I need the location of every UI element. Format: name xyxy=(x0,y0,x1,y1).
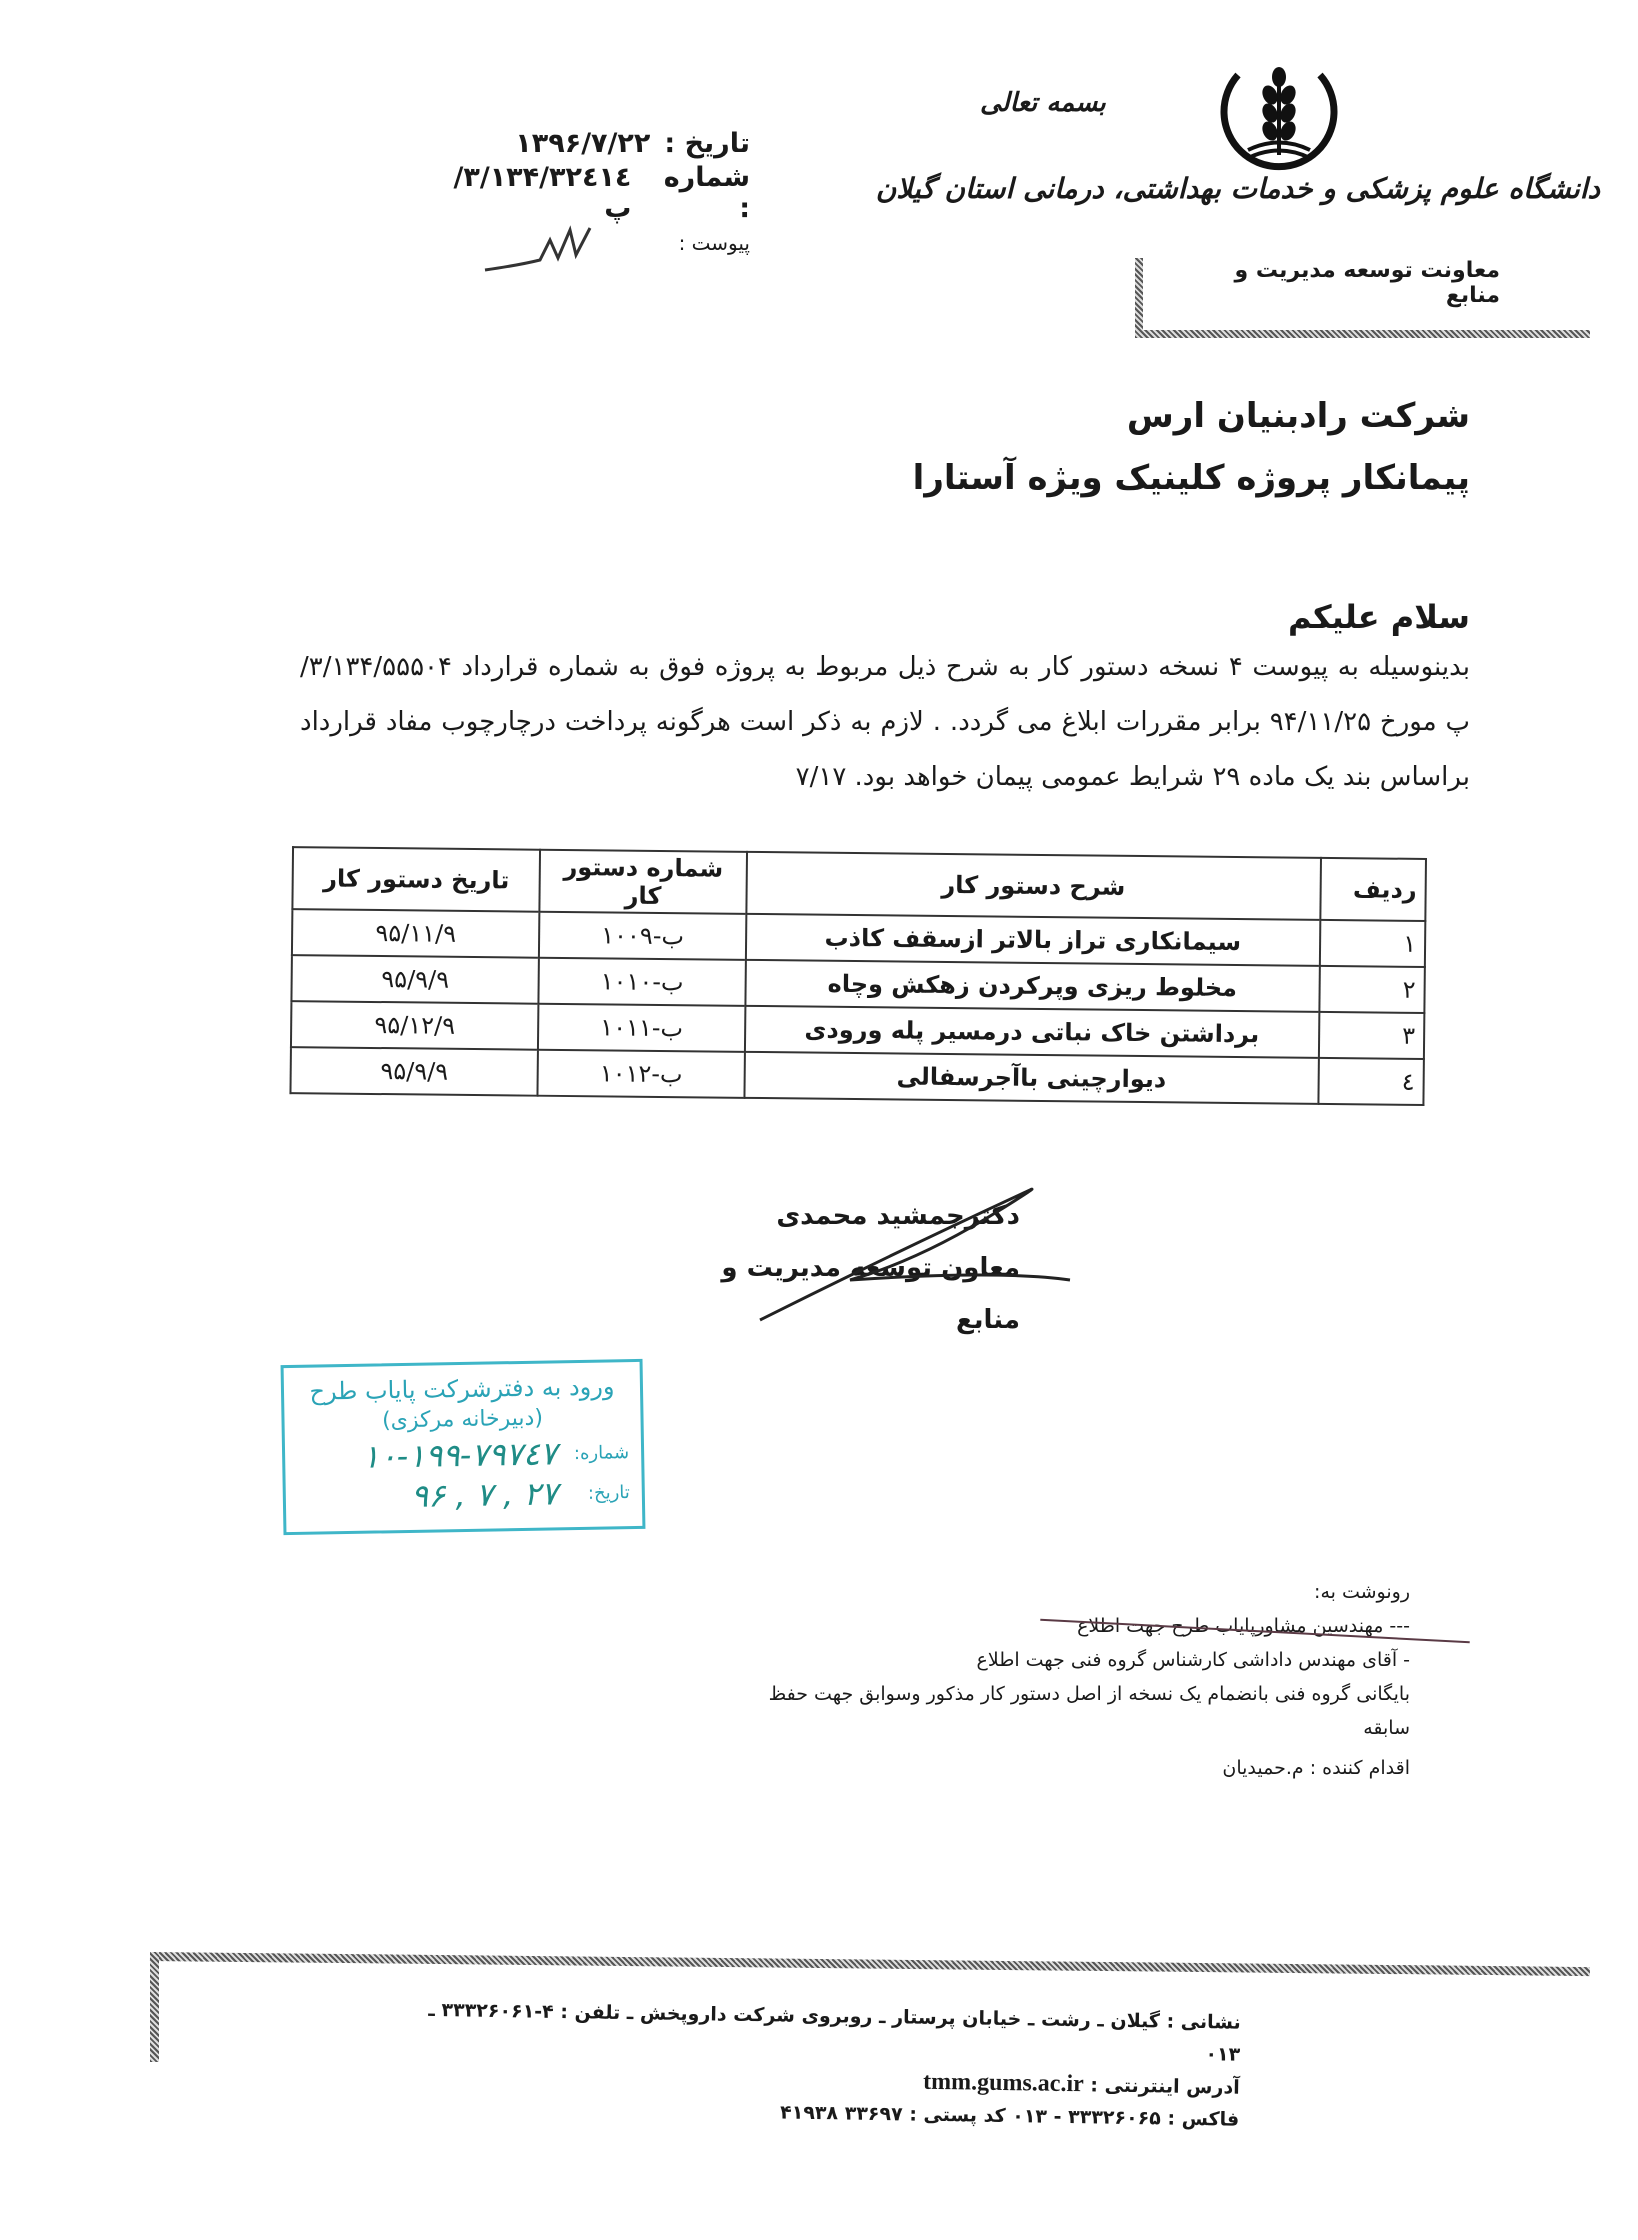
stamp-date-label: تاریخ: xyxy=(574,1482,630,1504)
date-value: ۱۳۹۶/۷/۲۲ xyxy=(515,128,650,159)
number-label: شماره : xyxy=(645,162,750,224)
cell-row-number: ۱ xyxy=(1319,920,1425,967)
addressee-company: شرکت رادبنیان ارس xyxy=(800,385,1470,447)
stamp-title: ورود به دفترشرکت پایاب طرح xyxy=(296,1370,629,1408)
cc-block: رونوشت به: --- مهندسین مشاورپایاب طرح جه… xyxy=(730,1575,1410,1785)
greeting: سلام علیکم xyxy=(1100,598,1470,636)
attachment-label: پیوست : xyxy=(679,231,750,255)
signature-scribble-icon xyxy=(700,1170,1080,1334)
body-paragraph: بدینوسیله به پیوست ۴ نسخه دستور کار به ش… xyxy=(300,640,1470,805)
cell-description: سیمانکاری تراز بالاتر ازسقف کاذب xyxy=(746,914,1320,966)
cell-order-date: ۹۵/۱۲/۹ xyxy=(291,1001,539,1050)
cell-row-number: ۳ xyxy=(1318,1012,1424,1059)
footer-contact: نشانی : گیلان ـ رشت ـ خیابان پرستار ـ رو… xyxy=(389,1993,1241,2135)
cell-row-number: ۲ xyxy=(1319,966,1425,1013)
date-row: تاریخ : ۱۳۹۶/۷/۲۲ xyxy=(430,118,750,168)
cc-item: - آقای مهندس داداشی کارشناس گروه فنی جهت… xyxy=(730,1643,1410,1677)
addressee-block: شرکت رادبنیان ارس پیمانکار پروژه کلینیک … xyxy=(800,385,1470,509)
university-name: دانشگاه علوم پزشکی و خدمات بهداشتی، درما… xyxy=(1040,172,1600,205)
cc-item: بایگانی گروه فنی بانضمام یک نسخه از اصل … xyxy=(730,1677,1410,1745)
cell-order-number: ب-۱۰۱۱ xyxy=(538,1004,745,1052)
cc-heading: رونوشت به: xyxy=(730,1575,1410,1609)
footer-bracket-horizontal xyxy=(150,1952,1590,1976)
footer-website-link[interactable]: tmm.gums.ac.ir xyxy=(923,2069,1084,2098)
cc-action-by: اقدام کننده : م.حمیدیان xyxy=(730,1751,1410,1785)
stamp-number-label: شماره: xyxy=(573,1442,629,1464)
header-order-date: تاریخ دستور کار xyxy=(292,847,540,912)
letterhead-bracket-vertical xyxy=(1135,258,1143,338)
stamp-date-row: تاریخ: ۹۶ , ۷ , ۲۷ xyxy=(298,1472,631,1518)
date-label: تاریخ : xyxy=(664,128,750,159)
cell-order-number: ب-۱۰۱۲ xyxy=(538,1050,745,1098)
stamp-number-value: ۱۰-۱۹۹-۷۹۷٤۷ xyxy=(362,1434,558,1475)
header-row-number: ردیف xyxy=(1320,858,1426,921)
header-order-number: شماره دستور کار xyxy=(540,850,747,914)
cell-order-date: ۹۵/۹/۹ xyxy=(291,955,539,1004)
handwritten-scribble-icon xyxy=(480,220,620,284)
cell-order-date: ۹۵/۱۱/۹ xyxy=(292,909,540,958)
department-name: معاونت توسعه مدیریت و منابع xyxy=(1180,258,1500,308)
cell-order-date: ۹۵/۹/۹ xyxy=(290,1047,538,1096)
cell-description: مخلوط ریزی وپرکردن زهکش وچاه xyxy=(745,960,1319,1012)
letterhead-bracket-horizontal xyxy=(1135,330,1590,338)
cell-description: دیوارچینی باآجرسفالی xyxy=(744,1052,1318,1104)
work-orders-table: ردیف شرح دستور کار شماره دستور کار تاریخ… xyxy=(289,846,1427,1106)
header-description: شرح دستور کار xyxy=(746,852,1320,920)
number-row: شماره : ۳/۱۳۴/۳۲٤۱٤/پ xyxy=(430,168,750,218)
cc-item: --- مهندسین مشاورپایاب طرح جهت اطلاع xyxy=(730,1609,1410,1643)
footer-bracket-vertical xyxy=(150,1952,159,2062)
cell-order-number: ب-۱۰۱۰ xyxy=(539,958,746,1006)
cell-description: برداشتن خاک نباتی درمسیر پله ورودی xyxy=(745,1006,1319,1058)
besmellah-heading: بسمه تعالی xyxy=(980,88,1106,118)
stamp-date-value: ۹۶ , ۷ , ۲۷ xyxy=(411,1474,559,1515)
received-stamp: ورود به دفترشرکت پایاب طرح (دبیرخانه مرک… xyxy=(281,1359,646,1535)
footer-web-label: آدرس اینترنتی : xyxy=(1090,2074,1240,2098)
stamp-number-row: شماره: ۱۰-۱۹۹-۷۹۷٤۷ xyxy=(297,1432,630,1478)
university-logo-icon xyxy=(1218,55,1340,185)
cell-row-number: ٤ xyxy=(1318,1058,1424,1105)
cell-order-number: ب-۱۰۰۹ xyxy=(539,912,746,960)
addressee-role: پیمانکار پروژه کلینیک ویژه آستارا xyxy=(800,447,1470,509)
number-value: ۳/۱۳۴/۳۲٤۱٤/پ xyxy=(430,162,631,224)
